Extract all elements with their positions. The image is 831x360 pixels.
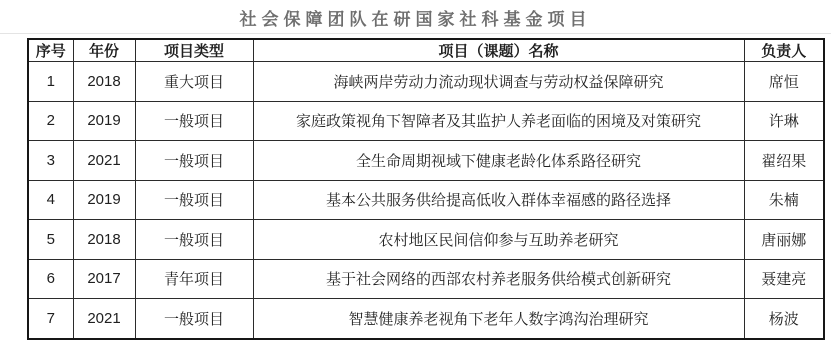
cell-type: 青年项目: [135, 259, 253, 299]
table-row: 4 2019 一般项目 基本公共服务供给提高低收入群体幸福感的路径选择 朱楠: [28, 180, 824, 220]
cell-no: 2: [28, 101, 73, 141]
projects-table: 序号 年份 项目类型 项目（课题）名称 负责人 1 2018 重大项目 海峡两岸…: [27, 38, 825, 340]
table-row: 3 2021 一般项目 全生命周期视域下健康老龄化体系路径研究 翟绍果: [28, 141, 824, 181]
cell-name: 家庭政策视角下智障者及其监护人养老面临的困境及对策研究: [253, 101, 744, 141]
cell-leader: 唐丽娜: [744, 220, 824, 260]
table-row: 2 2019 一般项目 家庭政策视角下智障者及其监护人养老面临的困境及对策研究 …: [28, 101, 824, 141]
cell-leader: 席恒: [744, 62, 824, 102]
table-row: 6 2017 青年项目 基于社会网络的西部农村养老服务供给模式创新研究 聂建亮: [28, 259, 824, 299]
cell-name: 海峡两岸劳动力流动现状调查与劳动权益保障研究: [253, 62, 744, 102]
column-header-no: 序号: [28, 39, 73, 62]
cell-year: 2019: [73, 101, 135, 141]
table-row: 5 2018 一般项目 农村地区民间信仰参与互助养老研究 唐丽娜: [28, 220, 824, 260]
cell-type: 一般项目: [135, 141, 253, 181]
cell-type: 一般项目: [135, 299, 253, 340]
document-page: 社会保障团队在研国家社科基金项目 序号 年份 项目类型 项目（课题）名称 负责人…: [0, 0, 831, 360]
cell-no: 4: [28, 180, 73, 220]
cell-no: 3: [28, 141, 73, 181]
cell-year: 2018: [73, 220, 135, 260]
table-header-row: 序号 年份 项目类型 项目（课题）名称 负责人: [28, 39, 824, 62]
cell-no: 5: [28, 220, 73, 260]
cell-year: 2017: [73, 259, 135, 299]
cell-year: 2021: [73, 141, 135, 181]
cell-no: 6: [28, 259, 73, 299]
cell-no: 1: [28, 62, 73, 102]
cell-leader: 聂建亮: [744, 259, 824, 299]
table-row: 1 2018 重大项目 海峡两岸劳动力流动现状调查与劳动权益保障研究 席恒: [28, 62, 824, 102]
cell-name: 基于社会网络的西部农村养老服务供给模式创新研究: [253, 259, 744, 299]
cell-type: 一般项目: [135, 220, 253, 260]
title-divider: [0, 33, 831, 34]
cell-name: 基本公共服务供给提高低收入群体幸福感的路径选择: [253, 180, 744, 220]
column-header-leader: 负责人: [744, 39, 824, 62]
cell-leader: 朱楠: [744, 180, 824, 220]
cell-type: 一般项目: [135, 180, 253, 220]
column-header-type: 项目类型: [135, 39, 253, 62]
page-title: 社会保障团队在研国家社科基金项目: [0, 5, 831, 30]
cell-no: 7: [28, 299, 73, 340]
cell-type: 一般项目: [135, 101, 253, 141]
cell-type: 重大项目: [135, 62, 253, 102]
cell-leader: 翟绍果: [744, 141, 824, 181]
cell-leader: 许琳: [744, 101, 824, 141]
cell-leader: 杨波: [744, 299, 824, 340]
column-header-name: 项目（课题）名称: [253, 39, 744, 62]
cell-name: 智慧健康养老视角下老年人数字鸿沟治理研究: [253, 299, 744, 340]
column-header-year: 年份: [73, 39, 135, 62]
cell-year: 2021: [73, 299, 135, 340]
table-row: 7 2021 一般项目 智慧健康养老视角下老年人数字鸿沟治理研究 杨波: [28, 299, 824, 340]
cell-year: 2019: [73, 180, 135, 220]
cell-year: 2018: [73, 62, 135, 102]
cell-name: 全生命周期视域下健康老龄化体系路径研究: [253, 141, 744, 181]
cell-name: 农村地区民间信仰参与互助养老研究: [253, 220, 744, 260]
